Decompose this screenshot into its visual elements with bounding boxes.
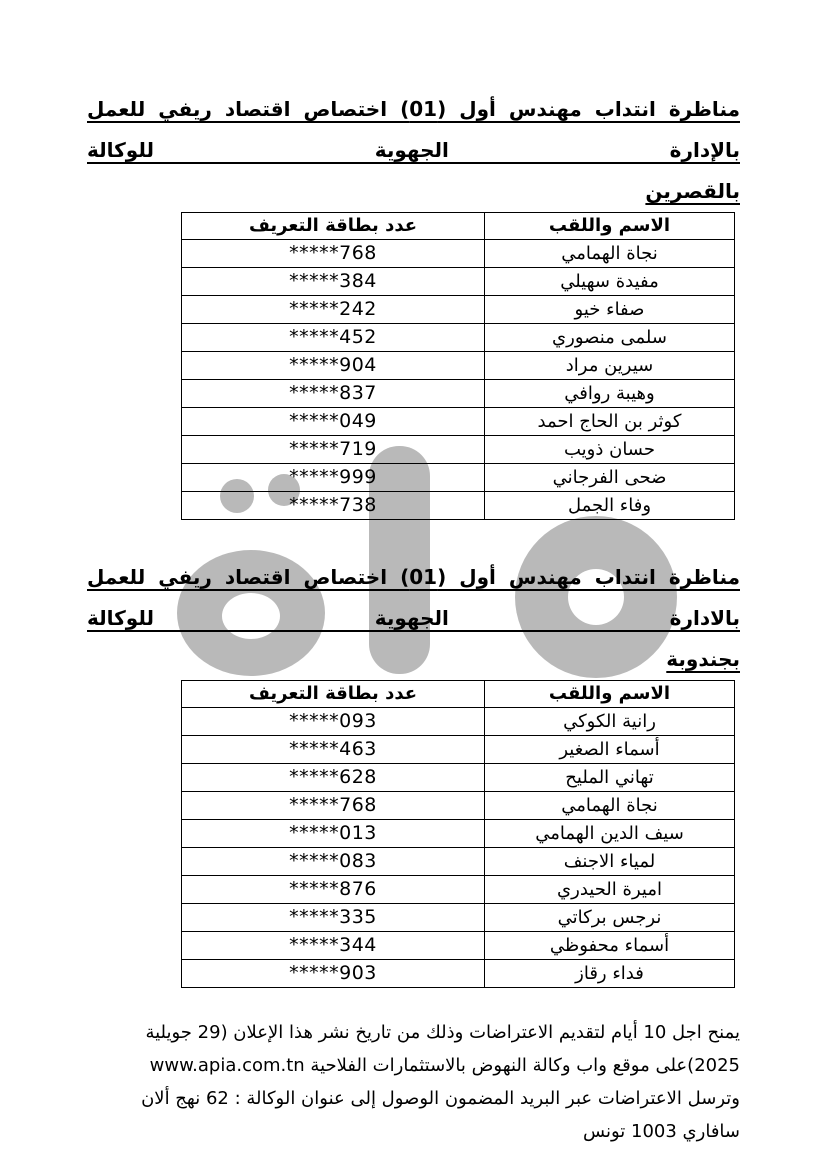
candidate-name: اميرة الحيدري [485, 876, 735, 904]
section-title-line1: مناظرة انتداب مهندس أول (01) اختصاص اقتص… [87, 89, 740, 171]
candidate-id-number: *****738 [182, 492, 485, 520]
candidate-name: سيرين مراد [485, 352, 735, 380]
candidate-id-number: *****768 [182, 792, 485, 820]
objections-notice-paragraph: يمنح اجل 10 أيام لتقديم الاعتراضات وذلك … [87, 1016, 740, 1148]
candidate-id-number: *****719 [182, 436, 485, 464]
candidate-id-number: *****093 [182, 708, 485, 736]
table-row: سلمى منصوري *****452 [182, 324, 735, 352]
candidate-name: وهيبة روافي [485, 380, 735, 408]
table-row: نجاة الهمامي *****768 [182, 792, 735, 820]
table-row: اميرة الحيدري *****876 [182, 876, 735, 904]
candidate-name: نجاة الهمامي [485, 240, 735, 268]
table-row: نجاة الهمامي *****768 [182, 240, 735, 268]
candidate-name: رانية الكوكي [485, 708, 735, 736]
table-row: رانية الكوكي *****093 [182, 708, 735, 736]
table-row: أسماء محفوظي *****344 [182, 932, 735, 960]
candidate-id-number: *****344 [182, 932, 485, 960]
footer-line: سافاري 1003 تونس [87, 1115, 740, 1148]
section-title-line1: مناظرة انتداب مهندس أول (01) اختصاص اقتص… [87, 557, 740, 639]
candidate-name: لمياء الاجنف [485, 848, 735, 876]
footer-line: يمنح اجل 10 أيام لتقديم الاعتراضات وذلك … [87, 1016, 740, 1049]
candidate-name: فداء رقاز [485, 960, 735, 988]
candidate-id-number: *****904 [182, 352, 485, 380]
table-row: كوثر بن الحاج احمد *****049 [182, 408, 735, 436]
candidate-id-number: *****335 [182, 904, 485, 932]
section-title-kasserine: مناظرة انتداب مهندس أول (01) اختصاص اقتص… [87, 89, 740, 212]
header-name-column: الاسم واللقب [485, 681, 735, 708]
candidate-id-number: *****903 [182, 960, 485, 988]
section-title-line2: بالقصرين [87, 171, 740, 212]
candidate-id-number: *****999 [182, 464, 485, 492]
table-row: فداء رقاز *****903 [182, 960, 735, 988]
table-row: سيرين مراد *****904 [182, 352, 735, 380]
page: { "document": { "sections": [ { "title_l… [0, 0, 827, 1169]
candidate-name: تهاني المليح [485, 764, 735, 792]
table-row: سيف الدين الهمامي *****013 [182, 820, 735, 848]
table-header-row: الاسم واللقب عدد بطاقة التعريف [182, 681, 735, 708]
footer-line: 2025)على موقع واب وكالة النهوض بالاستثما… [87, 1049, 740, 1082]
table-row: حسان ذويب *****719 [182, 436, 735, 464]
candidate-id-number: *****768 [182, 240, 485, 268]
candidate-id-number: *****242 [182, 296, 485, 324]
table-row: وفاء الجمل *****738 [182, 492, 735, 520]
candidate-id-number: *****463 [182, 736, 485, 764]
table-row: لمياء الاجنف *****083 [182, 848, 735, 876]
table-header-row: الاسم واللقب عدد بطاقة التعريف [182, 213, 735, 240]
candidates-table-jendouba: الاسم واللقب عدد بطاقة التعريف رانية الك… [181, 680, 735, 988]
candidate-name: حسان ذويب [485, 436, 735, 464]
candidate-name: أسماء الصغير [485, 736, 735, 764]
candidate-id-number: *****628 [182, 764, 485, 792]
section-title-line2: بجندوبة [87, 639, 740, 680]
table-row: مفيدة سهيلي *****384 [182, 268, 735, 296]
section-title-jendouba: مناظرة انتداب مهندس أول (01) اختصاص اقتص… [87, 557, 740, 680]
candidate-id-number: *****384 [182, 268, 485, 296]
candidate-id-number: *****452 [182, 324, 485, 352]
candidate-name: نجاة الهمامي [485, 792, 735, 820]
candidate-id-number: *****049 [182, 408, 485, 436]
table-row: تهاني المليح *****628 [182, 764, 735, 792]
candidate-name: مفيدة سهيلي [485, 268, 735, 296]
table-row: صفاء خيو *****242 [182, 296, 735, 324]
header-id-column: عدد بطاقة التعريف [182, 681, 485, 708]
candidate-name: سلمى منصوري [485, 324, 735, 352]
footer-line: وترسل الاعتراضات عبر البريد المضمون الوص… [87, 1082, 740, 1115]
table-row: نرجس بركاتي *****335 [182, 904, 735, 932]
candidates-table-kasserine: الاسم واللقب عدد بطاقة التعريف نجاة الهم… [181, 212, 735, 520]
candidate-id-number: *****876 [182, 876, 485, 904]
candidate-name: نرجس بركاتي [485, 904, 735, 932]
candidate-name: صفاء خيو [485, 296, 735, 324]
table-row: وهيبة روافي *****837 [182, 380, 735, 408]
candidate-id-number: *****013 [182, 820, 485, 848]
candidate-name: أسماء محفوظي [485, 932, 735, 960]
document-body: مناظرة انتداب مهندس أول (01) اختصاص اقتص… [0, 89, 827, 1148]
candidate-name: سيف الدين الهمامي [485, 820, 735, 848]
table-row: ضحى الفرجاني *****999 [182, 464, 735, 492]
candidate-id-number: *****083 [182, 848, 485, 876]
header-id-column: عدد بطاقة التعريف [182, 213, 485, 240]
header-name-column: الاسم واللقب [485, 213, 735, 240]
candidate-name: وفاء الجمل [485, 492, 735, 520]
table-row: أسماء الصغير *****463 [182, 736, 735, 764]
candidate-name: كوثر بن الحاج احمد [485, 408, 735, 436]
candidate-name: ضحى الفرجاني [485, 464, 735, 492]
candidate-id-number: *****837 [182, 380, 485, 408]
